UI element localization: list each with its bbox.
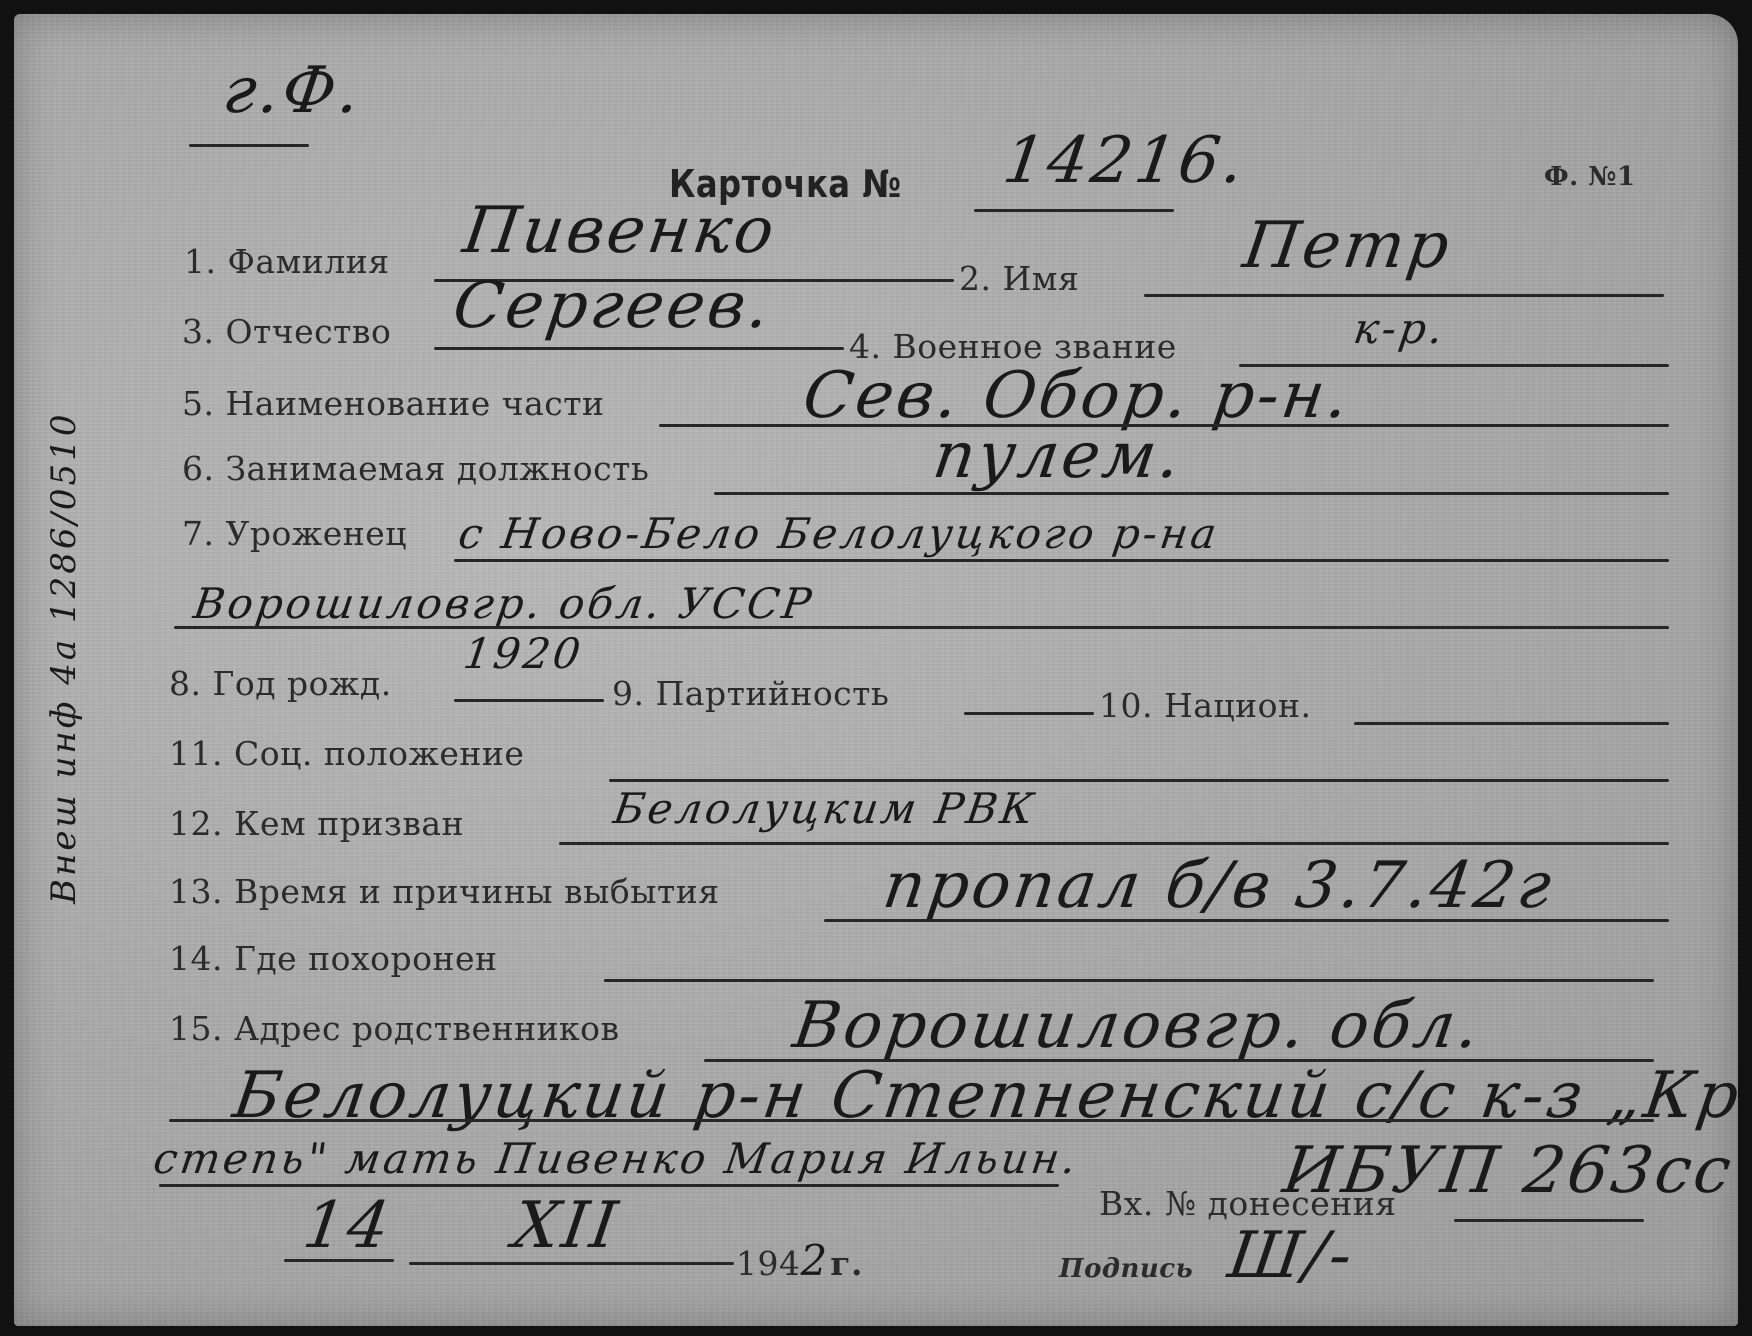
field-15-value-line3: степь" мать Пивенко Мария Ильин. xyxy=(151,1134,1082,1183)
date-month: XII xyxy=(509,1189,625,1263)
field-2-label: 2. Имя xyxy=(959,259,1079,298)
field-15-value: Ворошиловгр. обл. xyxy=(789,989,1487,1063)
field-14-label: 14. Где похоронен xyxy=(169,939,498,978)
field-7-label: 7. Уроженец xyxy=(182,514,407,553)
field-1-value: Пивенко xyxy=(459,194,781,268)
field-1-label: 1. Фамилия xyxy=(184,242,390,281)
margin-note: Внеш инф 4а 1286/0510 xyxy=(44,412,84,904)
field-6-label: 6. Занимаемая должность xyxy=(182,449,649,488)
field-13-value: пропал б/в 3.7.42г xyxy=(879,849,1559,923)
form-code: Ф. №1 xyxy=(1544,162,1636,192)
date-year: 1942г. xyxy=(736,1236,863,1285)
field-2-value: Петр xyxy=(1239,209,1457,283)
field-9-label: 9. Партийность xyxy=(612,674,889,713)
field-10-label: 10. Национ. xyxy=(1099,686,1312,725)
signature-value: Ш/- xyxy=(1224,1219,1360,1293)
personnel-card: г.Ф. Внеш инф 4а 1286/0510 Карточка № 14… xyxy=(14,14,1738,1326)
field-12-label: 12. Кем призван xyxy=(169,804,464,843)
field-6-value: пулем. xyxy=(929,419,1188,493)
field-8-value: 1920 xyxy=(461,629,587,678)
field-8-label: 8. Год рожд. xyxy=(169,664,392,703)
field-4-value: к-р. xyxy=(1351,304,1449,353)
field-3-value: Сергеев. xyxy=(449,269,777,343)
field-11-label: 11. Соц. положение xyxy=(169,734,524,773)
field-7-value-line2: Ворошиловгр. обл. УССР xyxy=(191,579,818,628)
field-3-label: 3. Отчество xyxy=(182,312,391,351)
report-number-value: ИБУП 263сс 42г xyxy=(1279,1134,1738,1208)
signature-label: Подпись xyxy=(1059,1254,1193,1284)
field-12-value: Белолуцким РВК xyxy=(611,784,1040,833)
date-day: 14 xyxy=(299,1189,397,1263)
field-15-label: 15. Адрес родственников xyxy=(169,1009,620,1048)
field-13-label: 13. Время и причины выбытия xyxy=(169,872,720,911)
field-5-label: 5. Наименование части xyxy=(182,384,605,423)
card-number: 14216. xyxy=(999,124,1251,198)
corner-note: г.Ф. xyxy=(219,54,368,128)
field-7-value: с Ново-Бело Белолуцкого р-на xyxy=(456,509,1223,558)
